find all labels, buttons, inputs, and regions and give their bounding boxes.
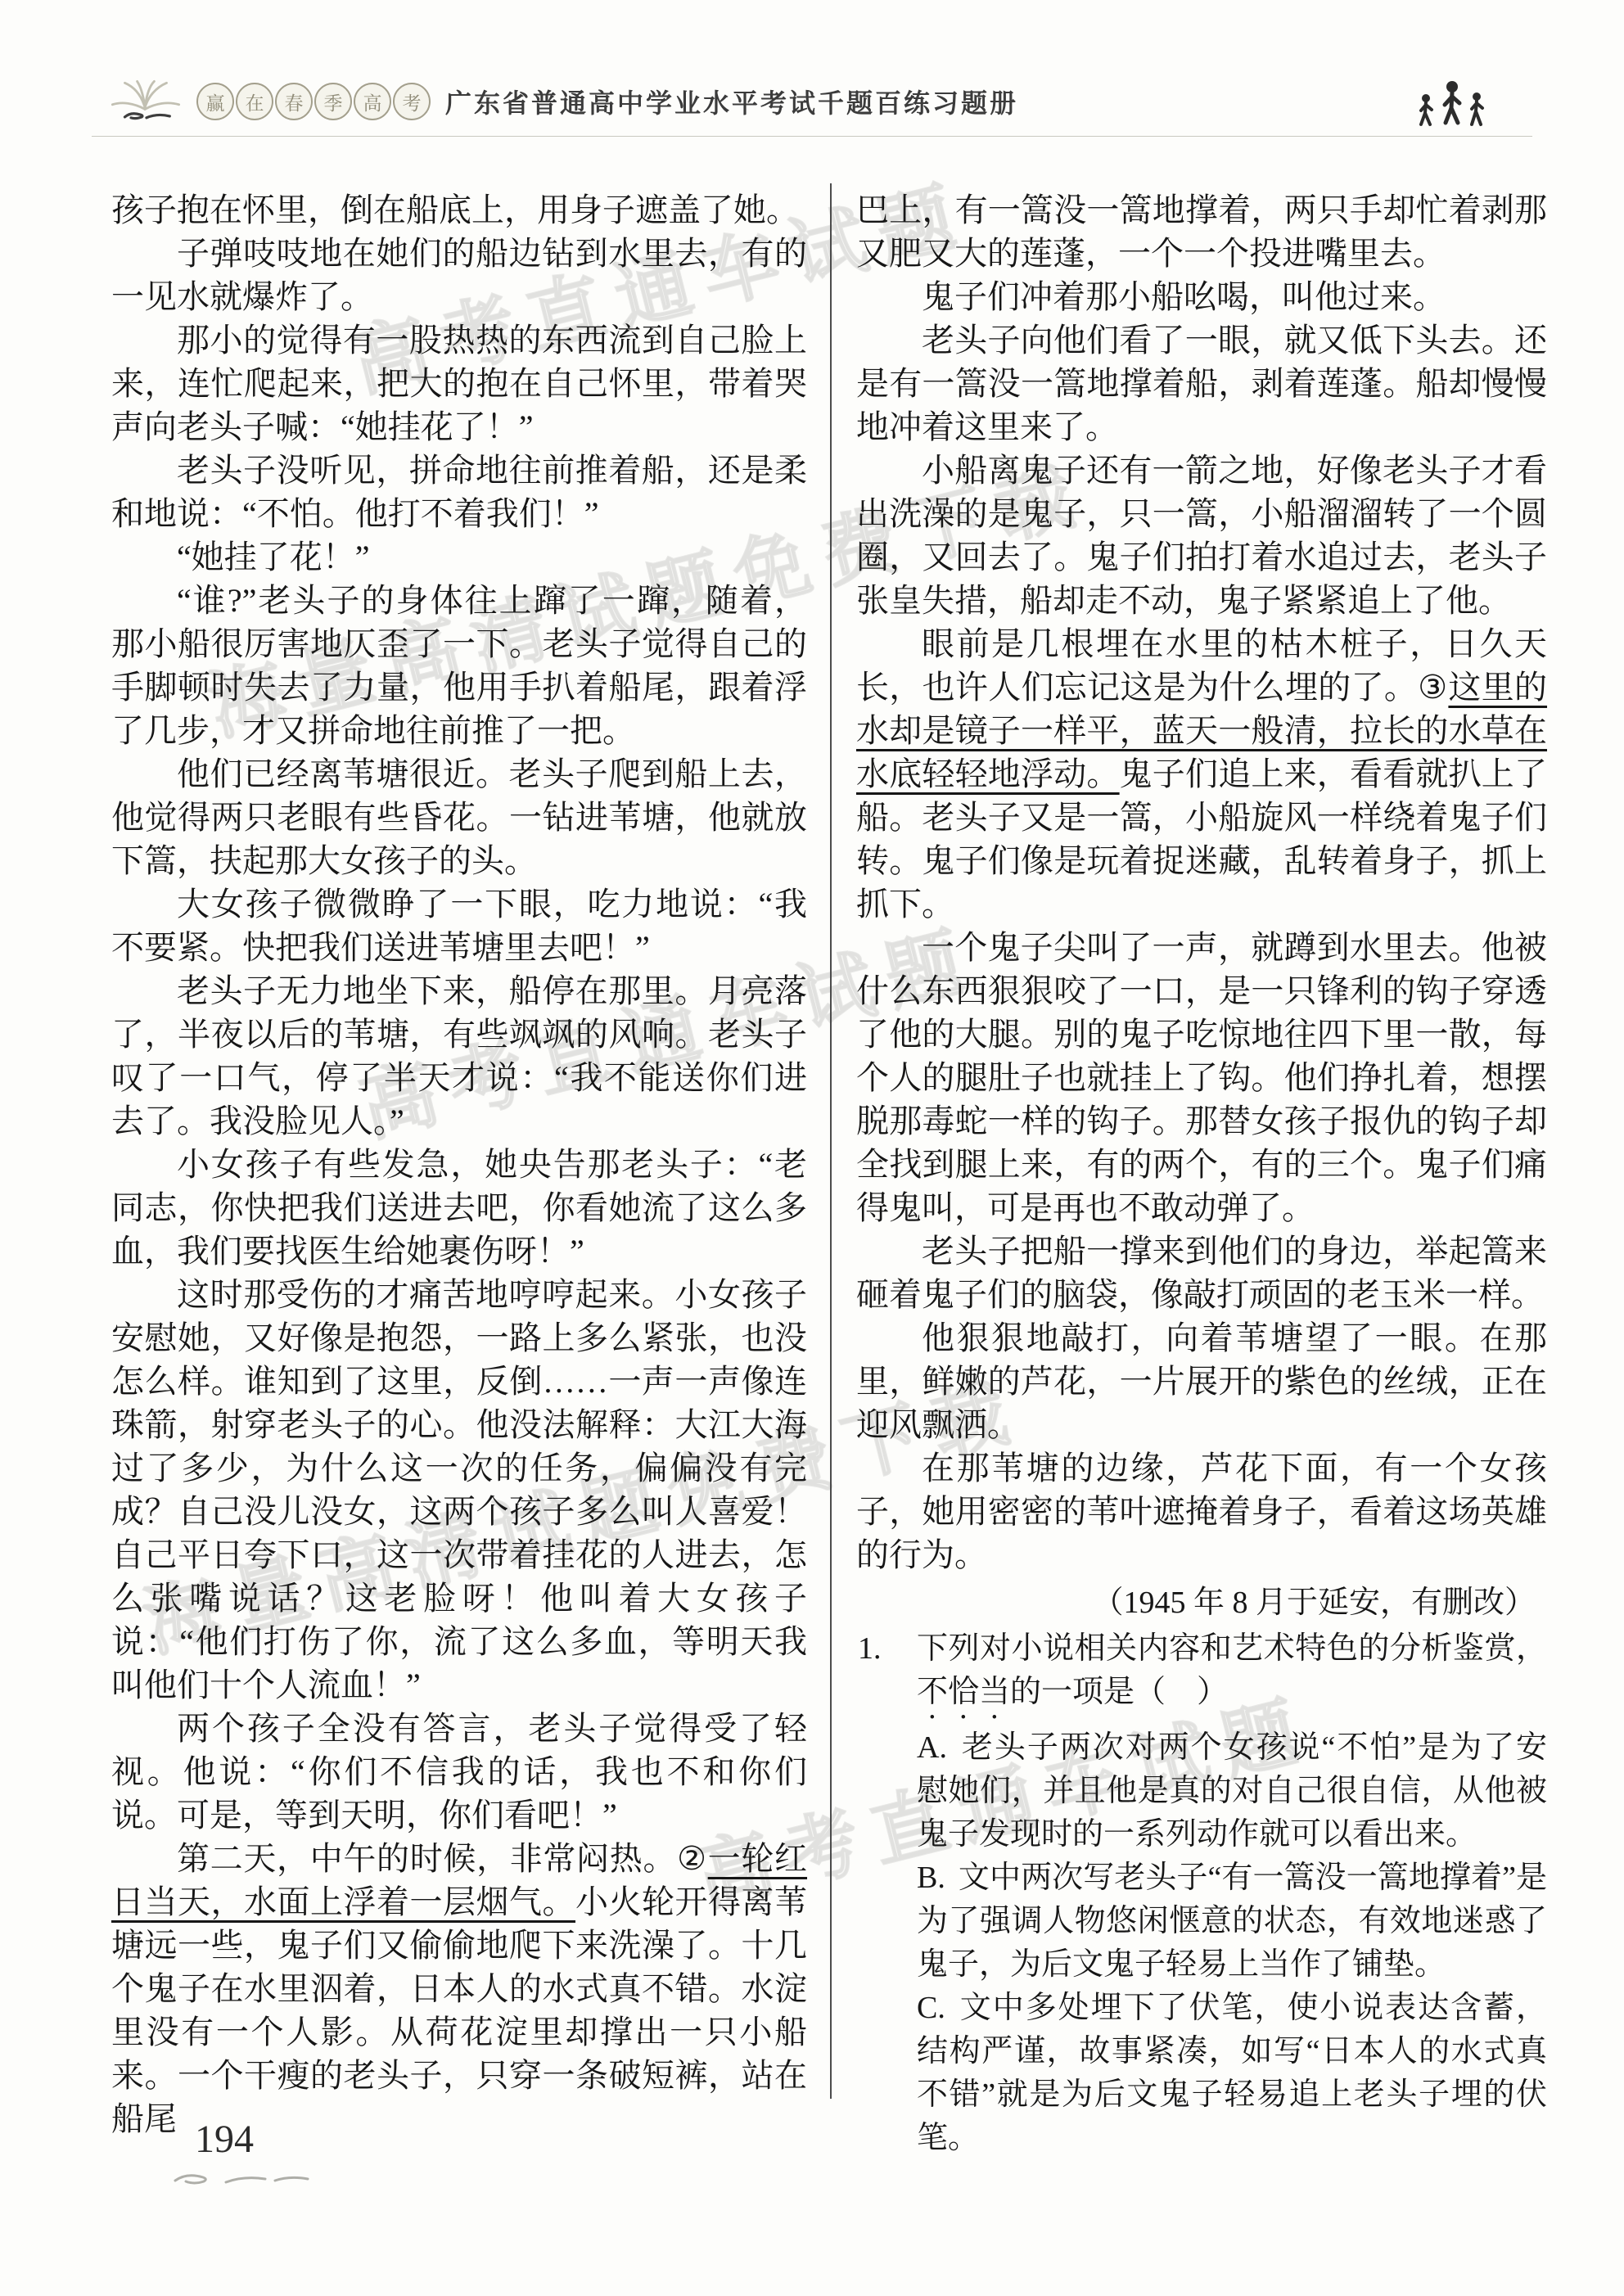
- scanned-exam-page: 赢在春季高考 广东省普通高中学业水平考试千题百练习题册: [0, 0, 1624, 2296]
- footer-leaf-flourish-icon: [169, 2167, 324, 2192]
- passage-paragraph: 鬼子们冲着那小船吆喝，叫他过来。: [856, 275, 1547, 318]
- passage-paragraph: “她挂了花！”: [111, 535, 807, 579]
- option-label: A.: [917, 1730, 947, 1765]
- passage-paragraph: 子弹吱吱地在她们的船边钻到水里去，有的一见水就爆炸了。: [111, 232, 807, 318]
- passage-paragraph: 一个鬼子尖叫了一声，就蹲到水里去。他被什么东西狠狠咬了一口，是一只锋利的钩子穿透…: [856, 926, 1547, 1229]
- option-C: C.文中多处埋下了伏笔，使小说表达含蓄，结构严谨，故事紧凑，如写“日本人的水式真…: [917, 1987, 1547, 2160]
- passage-paragraph: 老头子没听见，拼命地往前推着船，还是柔和地说：“不怕。他打不着我们！”: [111, 449, 807, 535]
- brand-badge: 赢在春季高考: [196, 83, 432, 120]
- option-A: A.老头子两次对两个女孩说“不怕”是为了安慰她们，并且他是真的对自己很自信，从他…: [917, 1726, 1547, 1856]
- header-title: 广东省普通高中学业水平考试千题百练习题册: [445, 83, 1018, 120]
- badge-character: 赢: [196, 83, 234, 120]
- open-book-leaves-icon: [103, 75, 188, 128]
- passage-paragraph: 孩子抱在怀里，倒在船底上，用身子遮盖了她。: [111, 188, 807, 232]
- column-divider: [830, 183, 832, 2099]
- passage-paragraph: 小女孩子有些发急，她央告那老头子：“老同志，你快把我们送进去吧，你看她流了这么多…: [111, 1143, 807, 1273]
- passage-paragraph: 老头子向他们看了一眼，就又低下头去。还是有一篙没一篙地撑着船，剥着莲蓬。船却慢慢…: [856, 318, 1547, 449]
- passage-paragraph: 大女孩子微微睁了一下眼，吃力地说：“我不要紧。快把我们送进苇塘里去吧！”: [111, 882, 807, 969]
- page-number: 194: [195, 2117, 254, 2162]
- passage-paragraph: 小船离鬼子还有一箭之地，好像老头子才看出洗澡的是鬼子，只一篙，小船溜溜转了一个圆…: [856, 449, 1547, 622]
- passage-column-left: 孩子抱在怀里，倒在船底上，用身子遮盖了她。子弹吱吱地在她们的船边钻到水里去，有的…: [111, 188, 807, 2140]
- passage-paragraph: 两个孩子全没有答言，老头子觉得受了轻视。他说：“你们不信我的话，我也不和你们说。…: [111, 1707, 807, 1837]
- badge-character: 在: [236, 83, 273, 120]
- passage-paragraph: 巴上，有一篙没一篙地撑着，两只手却忙着剥那又肥又大的莲蓬，一个一个投进嘴里去。: [856, 188, 1547, 275]
- question-number: 1.: [858, 1627, 882, 1671]
- circled-number: ②: [676, 1840, 708, 1877]
- passage-paragraph: 他们已经离苇塘很近。老头子爬到船上去，他觉得两只老眼有些昏花。一钻进苇塘，他就放…: [111, 752, 807, 882]
- option-text: 文中多处埋下了伏笔，使小说表达含蓄，结构严谨，故事紧凑，如写“日本人的水式真不错…: [917, 1991, 1547, 2155]
- question-stem: 1.下列对小说相关内容和艺术特色的分析鉴赏，不恰当的一项是（ ）: [917, 1627, 1547, 1726]
- passage-paragraph: 老头子无力地坐下来，船停在那里。月亮落了，半夜以后的苇塘，有些飒飒的风响。老头子…: [111, 969, 807, 1143]
- header-rule: [92, 136, 1532, 137]
- badge-character: 春: [275, 83, 313, 120]
- passage-paragraph: 在那苇塘的边缘，芦花下面，有一个女孩子，她用密密的苇叶遮掩着身子，看着这场英雄的…: [856, 1446, 1547, 1577]
- passage-paragraph: 老头子把船一撑来到他们的身边，举起篙来砸着鬼子们的脑袋，像敲打顽固的老玉米一样。: [856, 1229, 1547, 1316]
- option-label: C.: [917, 1991, 945, 2025]
- passage-paragraph: 他狠狠地敲打，向着苇塘望了一眼。在那里，鲜嫩的芦花，一片展开的紫色的丝绒，正在迎…: [856, 1316, 1547, 1446]
- option-text: 老头子两次对两个女孩说“不怕”是为了安慰她们，并且他是真的对自己很自信，从他被鬼…: [917, 1730, 1547, 1852]
- passage-paragraph: “谁?”老头子的身体往上蹿了一蹿，随着，那小船很厉害地仄歪了一下。老头子觉得自己…: [111, 579, 807, 752]
- circled-number: ③: [1417, 669, 1448, 706]
- option-text: 文中两次写老头子“有一篙没一篙地撑着”是为了强调人物悠闲惬意的状态，有效地迷惑了…: [917, 1861, 1547, 1982]
- passage-paragraph: 那小的觉得有一股热热的东西流到自己脸上来，连忙爬起来，把大的抱在自己怀里，带着哭…: [111, 318, 807, 449]
- passage-paragraph: 眼前是几根埋在水里的枯木桩子，日久天长，也许人们忘记这是为什么埋的了。③这里的水…: [856, 622, 1547, 926]
- badge-character: 高: [354, 83, 391, 120]
- three-runners-icon: [1414, 80, 1490, 131]
- passage-column-right: 巴上，有一篙没一篙地撑着，两只手却忙着剥那又肥又大的莲蓬，一个一个投进嘴里去。鬼…: [856, 188, 1547, 2160]
- passage-paragraph: 第二天，中午的时候，非常闷热。②一轮红日当天，水面上浮着一层烟气。小火轮开得离苇…: [111, 1837, 807, 2140]
- page-header: 赢在春季高考 广东省普通高中学业水平考试千题百练习题册: [103, 70, 1536, 133]
- citation-line: （1945 年 8 月于延安，有删改）: [856, 1580, 1547, 1626]
- badge-character: 季: [314, 83, 352, 120]
- badge-character: 考: [393, 83, 431, 120]
- passage-paragraph: 这时那受伤的才痛苦地哼哼起来。小女孩子安慰她，又好像是抱怨，一路上多么紧张，也没…: [111, 1273, 807, 1707]
- question-block: 1.下列对小说相关内容和艺术特色的分析鉴赏，不恰当的一项是（ ） A.老头子两次…: [856, 1627, 1547, 2160]
- option-label: B.: [917, 1861, 945, 1895]
- question-options: A.老头子两次对两个女孩说“不怕”是为了安慰她们，并且他是真的对自己很自信，从他…: [917, 1726, 1547, 2160]
- option-B: B.文中两次写老头子“有一篙没一篙地撑着”是为了强调人物悠闲惬意的状态，有效地迷…: [917, 1856, 1547, 1987]
